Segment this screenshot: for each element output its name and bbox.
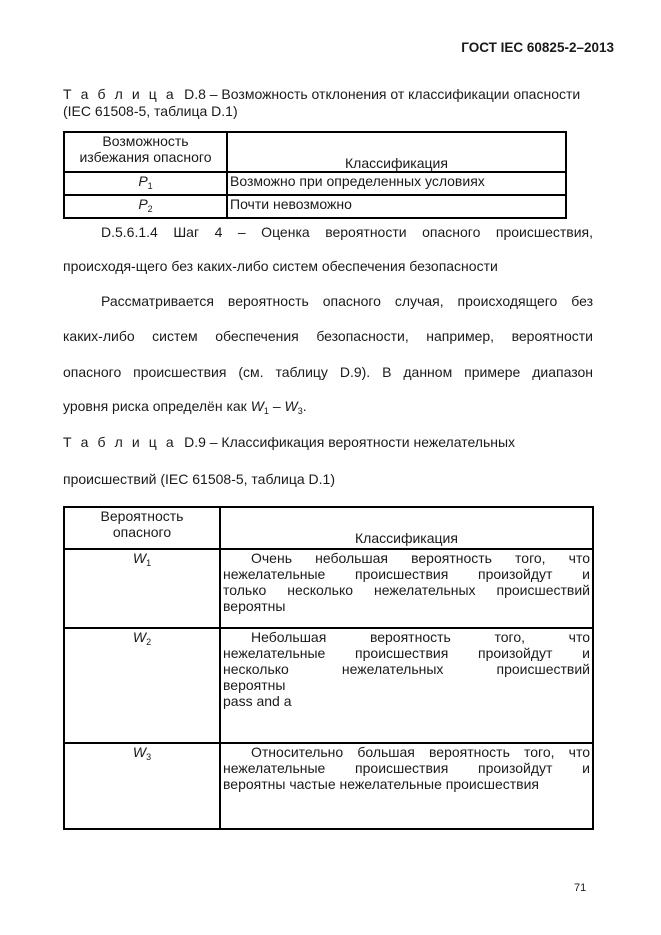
classification-cell: Очень небольшая вероятность того, что не… <box>220 549 593 628</box>
text-line: pass and a <box>223 693 590 709</box>
table-row: P2 Почти невозможно <box>64 195 566 218</box>
table-header-row: Возможность избежания опасного Классифик… <box>64 132 566 172</box>
table-d8-caption: Т а б л и ц а D.8 – Возможность отклонен… <box>63 86 580 120</box>
text-line: Относительно большая вероятность того, ч… <box>223 744 590 760</box>
symbol: W <box>133 744 146 760</box>
table-row: W2 Небольшая вероятность того, что нежел… <box>64 628 593 743</box>
header-cell: Классификация <box>220 507 593 549</box>
page-number: 71 <box>574 882 586 894</box>
table-row: W1 Очень небольшая вероятность того, что… <box>64 549 593 628</box>
text-line: вероятны <box>223 598 590 614</box>
text: . <box>303 398 307 414</box>
text: уровня риска определён как <box>63 398 251 414</box>
caption-text: D.8 – Возможность отклонения от классифи… <box>184 86 580 102</box>
header-cell: Классификация <box>227 132 566 172</box>
paragraph-line4: уровня риска определён как W1 – W3. <box>63 398 593 416</box>
text-line: Очень небольшая вероятность того, что <box>223 550 590 566</box>
symbol-cell: W3 <box>64 743 220 829</box>
section-heading-line2: происходя-щего без каких-либо систем обе… <box>63 258 593 274</box>
subscript: 1 <box>148 181 153 191</box>
classification-cell: Почти невозможно <box>227 195 566 218</box>
table-d8: Возможность избежания опасного Классифик… <box>63 131 567 219</box>
subscript: 2 <box>146 637 151 647</box>
paragraph-line2: каких-либо систем обеспечения безопаснос… <box>63 328 593 344</box>
text-line: только несколько нежелательных происшест… <box>223 582 590 598</box>
symbol-cell: P1 <box>64 172 227 195</box>
classification-cell: Небольшая вероятность того, что нежелате… <box>220 628 593 743</box>
text-line: вероятны <box>223 677 590 693</box>
symbol: P <box>138 196 147 212</box>
text-line: Небольшая вероятность того, что <box>223 629 590 645</box>
symbol: W <box>251 398 264 414</box>
text-line: несколько нежелательных происшествий <box>223 661 590 677</box>
table-row: W3 Относительно большая вероятность того… <box>64 743 593 829</box>
subscript: 3 <box>146 752 151 762</box>
text-line: нежелательные происшествия произойдут и <box>223 760 590 776</box>
classification-cell: Возможно при определенных условиях <box>227 172 566 195</box>
subscript: 2 <box>148 204 153 214</box>
header-line: опасного <box>113 524 171 540</box>
text: – <box>269 398 285 414</box>
paragraph-line3: опасного происшествия (см. таблицу D.9).… <box>63 364 593 380</box>
symbol: W <box>133 629 146 645</box>
table-d9-caption: Т а б л и ц а D.9 – Классификация вероят… <box>63 434 515 451</box>
subscript: 1 <box>146 558 151 568</box>
classification-cell: Относительно большая вероятность того, ч… <box>220 743 593 829</box>
text-line: нежелательные происшествия произойдут и <box>223 566 590 582</box>
section-heading-line1: D.5.6.1.4 Шаг 4 – Оценка вероятности опа… <box>63 224 593 240</box>
header-line: Вероятность <box>101 508 184 524</box>
symbol: P <box>138 173 147 189</box>
symbol: W <box>285 398 298 414</box>
table-header-row: Вероятность опасного Классификация <box>64 507 593 549</box>
table-row: P1 Возможно при определенных условиях <box>64 172 566 195</box>
table-d9-caption-source: происшествий (IEC 61508-5, таблица D.1) <box>63 471 335 488</box>
header-cell: Вероятность опасного <box>64 507 220 549</box>
symbol-cell: W2 <box>64 628 220 743</box>
paragraph-line1: Рассматривается вероятность опасного слу… <box>63 293 593 309</box>
symbol-cell: P2 <box>64 195 227 218</box>
caption-label: Т а б л и ц а <box>63 86 176 102</box>
header-line: избежания опасного <box>79 149 211 165</box>
table-d9: Вероятность опасного Классификация W1 Оч… <box>63 506 594 830</box>
text-line: вероятны частые нежелательные происшеств… <box>223 776 590 792</box>
caption-source: (IEC 61508-5, таблица D.1) <box>63 103 238 119</box>
text-line: нежелательные происшествия произойдут и <box>223 645 590 661</box>
caption-label: Т а б л и ц а <box>63 434 176 450</box>
caption-text: D.9 – Классификация вероятности нежелате… <box>184 434 515 450</box>
document-id: ГОСТ IEC 60825-2–2013 <box>461 40 614 55</box>
symbol: W <box>133 550 146 566</box>
header-line: Возможность <box>102 133 188 149</box>
symbol-cell: W1 <box>64 549 220 628</box>
header-label: Классификация <box>355 530 458 546</box>
header-cell: Возможность избежания опасного <box>64 132 227 172</box>
header-label: Классификация <box>345 155 448 171</box>
